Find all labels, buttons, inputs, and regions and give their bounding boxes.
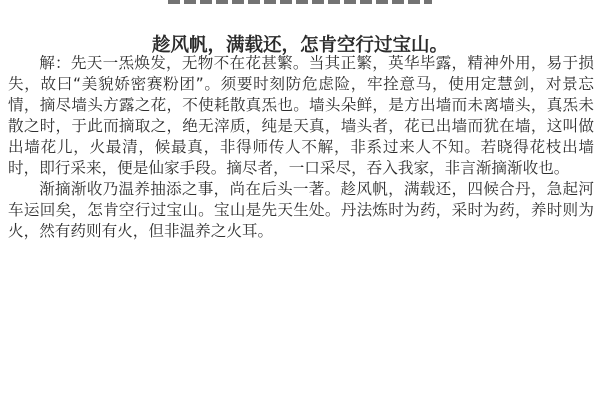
clipped-previous-line [168, 0, 432, 4]
paragraph-2: 渐摘渐收乃温养抽添之事，尚在后头一著。趁风帆，满载还，四候合丹，急起河车运回矣，… [8, 179, 594, 242]
body-text: 解：先天一炁焕发，无物不在花甚繁。当其正繁，英华毕露，精神外用，易于损失，故曰“… [8, 53, 594, 242]
clipped-text-fragment [168, 0, 432, 4]
paragraph-1: 解：先天一炁焕发，无物不在花甚繁。当其正繁，英华毕露，精神外用，易于损失，故曰“… [8, 53, 594, 179]
